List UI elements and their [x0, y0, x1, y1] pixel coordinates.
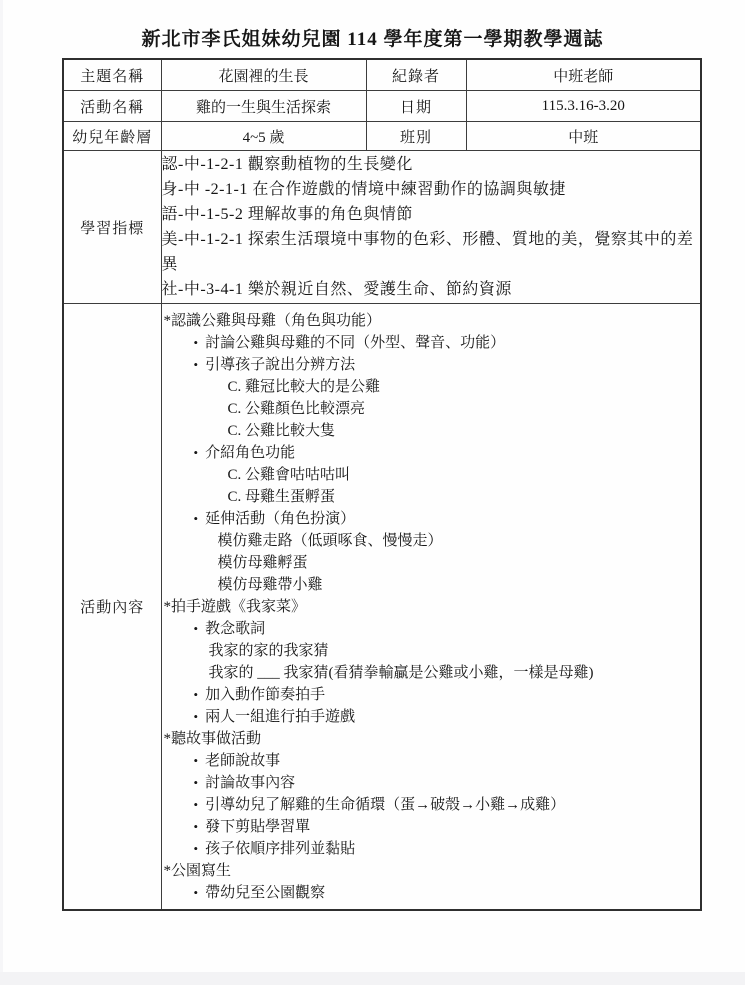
indicator-lines: 認-中-1-2-1 觀察動植物的生長變化身-中 -2-1-1 在合作遊戲的情境中… — [162, 152, 701, 302]
activity-line: •討論公雞與母雞的不同（外型、聲音、功能） — [162, 332, 701, 354]
table-row: 學習指標 認-中-1-2-1 觀察動植物的生長變化身-中 -2-1-1 在合作遊… — [63, 151, 701, 304]
bullet-marker: • — [194, 445, 199, 460]
activity-line-text: C. 公雞會咕咕咕叫 — [228, 467, 351, 483]
indicator-line: 語-中-1-5-2 理解故事的角色與情節 — [162, 202, 701, 227]
scan-edge-bottom — [0, 972, 745, 985]
activity-content-label: 活動內容 — [63, 304, 161, 911]
activity-content: *認識公雞與母雞（角色與功能）•討論公雞與母雞的不同（外型、聲音、功能）•引導孩… — [161, 304, 701, 911]
activity-line: *聽故事做活動 — [162, 728, 701, 750]
activity-line-text: 延伸活動（角色扮演） — [205, 511, 355, 527]
indicator-line: 美-中-1-2-1 探索生活環境中事物的色彩、形體、質地的美，覺察其中的差異 — [162, 227, 701, 277]
date-value: 115.3.16-3.20 — [466, 91, 701, 122]
activity-line-text: 討論故事內容 — [205, 775, 295, 791]
activity-line-text: 模仿母雞帶小雞 — [218, 577, 323, 593]
class-label: 班別 — [366, 122, 466, 151]
activity-line-text: 聽故事做活動 — [171, 731, 261, 747]
activity-name-value: 雞的一生與生活探索 — [161, 91, 366, 122]
bullet-marker: • — [194, 687, 199, 702]
activity-line-text: 老師說故事 — [205, 753, 280, 769]
activity-line-text: C. 雞冠比較大的是公雞 — [228, 379, 381, 395]
activity-line: •加入動作節奏拍手 — [162, 684, 701, 706]
activity-line-text: 介紹角色功能 — [205, 445, 295, 461]
age-group-value: 4~5 歲 — [161, 122, 366, 151]
activity-line: •引導孩子說出分辨方法 — [162, 354, 701, 376]
bullet-marker: • — [194, 335, 199, 350]
activity-line: •老師說故事 — [162, 750, 701, 772]
activity-line-text: 引導幼兒了解雞的生命循環（蛋→破殼→小雞→成雞） — [205, 797, 565, 813]
activity-line: •介紹角色功能 — [162, 442, 701, 464]
learning-indicators-label: 學習指標 — [63, 151, 161, 304]
activity-line-text: C. 公雞比較大隻 — [228, 423, 336, 439]
age-group-label: 幼兒年齡層 — [63, 122, 161, 151]
activity-line: C. 雞冠比較大的是公雞 — [162, 376, 701, 398]
star-marker: * — [164, 863, 172, 879]
table-row: 幼兒年齡層 4~5 歲 班別 中班 — [63, 122, 701, 151]
activity-line: •延伸活動（角色扮演） — [162, 508, 701, 530]
activity-line-text: 我家的家的我家猜 — [209, 643, 329, 659]
theme-name-value: 花園裡的生長 — [161, 59, 366, 91]
theme-name-label: 主題名稱 — [63, 59, 161, 91]
document-page: 新北市李氏姐妹幼兒園 114 學年度第一學期教學週誌 主題名稱 花園裡的生長 紀… — [0, 0, 745, 985]
table-row: 活動名稱 雞的一生與生活探索 日期 115.3.16-3.20 — [63, 91, 701, 122]
activity-line: C. 公雞顏色比較漂亮 — [162, 398, 701, 420]
activity-line-text: C. 母雞生蛋孵蛋 — [228, 489, 336, 505]
bullet-marker: • — [194, 819, 199, 834]
activity-line: •孩子依順序排列並黏貼 — [162, 838, 701, 860]
activity-line-text: 模仿雞走路（低頭啄食、慢慢走） — [218, 533, 443, 549]
activity-line: 模仿母雞帶小雞 — [162, 574, 701, 596]
page-title: 新北市李氏姐妹幼兒園 114 學年度第一學期教學週誌 — [0, 24, 745, 51]
activity-line: *拍手遊戲《我家菜》 — [162, 596, 701, 618]
table-row: 主題名稱 花園裡的生長 紀錄者 中班老師 — [63, 59, 701, 91]
activity-line: •討論故事內容 — [162, 772, 701, 794]
activity-line: 我家的 ___ 我家猜(看猜拳輸贏是公雞或小雞，一樣是母雞) — [162, 662, 701, 684]
recorder-label: 紀錄者 — [366, 59, 466, 91]
activity-line-text: 兩人一組進行拍手遊戲 — [205, 709, 355, 725]
activity-name-label: 活動名稱 — [63, 91, 161, 122]
activity-line-text: 孩子依順序排列並黏貼 — [205, 841, 355, 857]
activity-line-text: 帶幼兒至公園觀察 — [205, 885, 325, 901]
activity-line: 我家的家的我家猜 — [162, 640, 701, 662]
journal-table: 主題名稱 花園裡的生長 紀錄者 中班老師 活動名稱 雞的一生與生活探索 日期 1… — [62, 58, 702, 911]
bullet-marker: • — [194, 357, 199, 372]
scan-edge-left — [0, 0, 3, 985]
activity-line: 模仿母雞孵蛋 — [162, 552, 701, 574]
indicator-line: 社-中-3-4-1 樂於親近自然、愛護生命、節約資源 — [162, 277, 701, 302]
activity-line: •帶幼兒至公園觀察 — [162, 882, 701, 904]
activity-line-text: 模仿母雞孵蛋 — [218, 555, 308, 571]
activity-line-text: C. 公雞顏色比較漂亮 — [228, 401, 366, 417]
activity-line: *公園寫生 — [162, 860, 701, 882]
activity-line-text: 加入動作節奏拍手 — [205, 687, 325, 703]
learning-indicators-content: 認-中-1-2-1 觀察動植物的生長變化身-中 -2-1-1 在合作遊戲的情境中… — [161, 151, 701, 304]
activity-line-text: 拍手遊戲《我家菜》 — [171, 599, 306, 615]
activity-line: •發下剪貼學習單 — [162, 816, 701, 838]
bullet-marker: • — [194, 885, 199, 900]
activity-line-text: 我家的 ___ 我家猜(看猜拳輸贏是公雞或小雞，一樣是母雞) — [209, 665, 594, 681]
bullet-marker: • — [194, 753, 199, 768]
date-label: 日期 — [366, 91, 466, 122]
indicator-line: 身-中 -2-1-1 在合作遊戲的情境中練習動作的協調與敏捷 — [162, 177, 701, 202]
table-row: 活動內容 *認識公雞與母雞（角色與功能）•討論公雞與母雞的不同（外型、聲音、功能… — [63, 304, 701, 911]
activity-line: •教念歌詞 — [162, 618, 701, 640]
recorder-value: 中班老師 — [466, 59, 701, 91]
bullet-marker: • — [194, 775, 199, 790]
star-marker: * — [164, 599, 172, 615]
star-marker: * — [164, 313, 172, 329]
activity-line-text: 認識公雞與母雞（角色與功能） — [171, 313, 381, 329]
activity-line: •兩人一組進行拍手遊戲 — [162, 706, 701, 728]
activity-line-text: 發下剪貼學習單 — [205, 819, 310, 835]
activity-line: •引導幼兒了解雞的生命循環（蛋→破殼→小雞→成雞） — [162, 794, 701, 816]
star-marker: * — [164, 731, 172, 747]
indicator-line: 認-中-1-2-1 觀察動植物的生長變化 — [162, 152, 701, 177]
bullet-marker: • — [194, 797, 199, 812]
bullet-marker: • — [194, 511, 199, 526]
bullet-marker: • — [194, 841, 199, 856]
activity-line-text: 公園寫生 — [171, 863, 231, 879]
activity-line-text: 教念歌詞 — [205, 621, 265, 637]
activity-line: C. 母雞生蛋孵蛋 — [162, 486, 701, 508]
activity-lines: *認識公雞與母雞（角色與功能）•討論公雞與母雞的不同（外型、聲音、功能）•引導孩… — [162, 310, 701, 904]
activity-line: C. 公雞比較大隻 — [162, 420, 701, 442]
activity-line: C. 公雞會咕咕咕叫 — [162, 464, 701, 486]
bullet-marker: • — [194, 709, 199, 724]
bullet-marker: • — [194, 621, 199, 636]
activity-line: *認識公雞與母雞（角色與功能） — [162, 310, 701, 332]
class-value: 中班 — [466, 122, 701, 151]
activity-line: 模仿雞走路（低頭啄食、慢慢走） — [162, 530, 701, 552]
activity-line-text: 討論公雞與母雞的不同（外型、聲音、功能） — [205, 335, 505, 351]
activity-line-text: 引導孩子說出分辨方法 — [205, 357, 355, 373]
